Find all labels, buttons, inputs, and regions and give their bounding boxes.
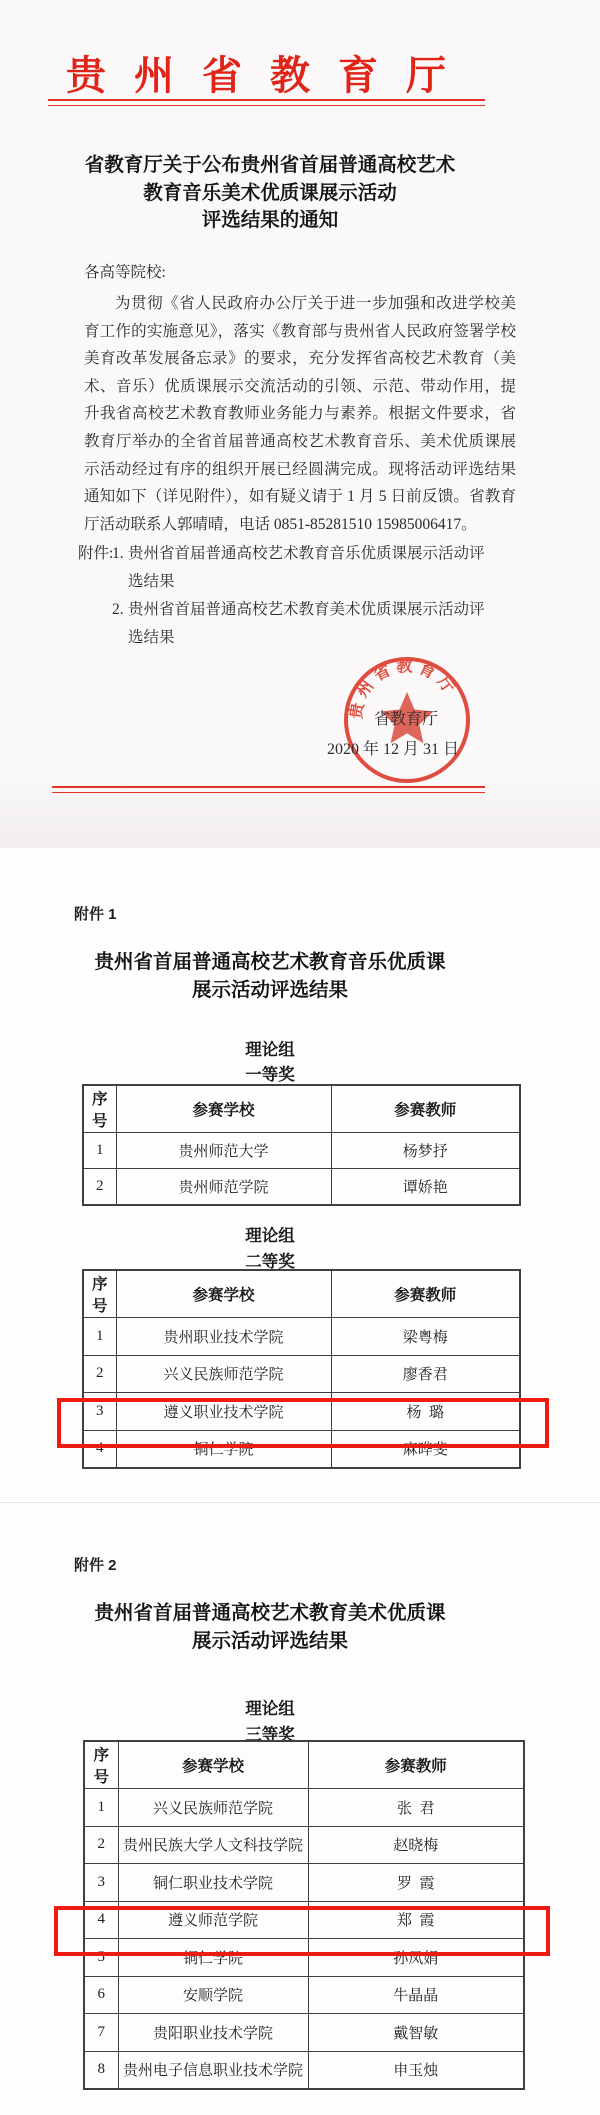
table-cell: 梁粤梅: [331, 1318, 520, 1356]
table-row: 7贵阳职业技术学院戴智敏: [84, 2014, 524, 2052]
table-cell: 2: [83, 1169, 116, 1206]
table-cell: 罗 霞: [308, 1864, 524, 1902]
attachment-title-text: 贵州省首届普通高校艺术教育美术优质课展示活动评选结果: [128, 601, 485, 646]
table-cell: 贵州职业技术学院: [116, 1318, 331, 1356]
table-row: 6安顺学院牛晶晶: [84, 1976, 524, 2014]
table-cell: 张 君: [308, 1789, 524, 1827]
issuing-department: 省教育厅: [374, 706, 438, 729]
table-row: 8贵州电子信息职业技术学院申玉烛: [84, 2051, 524, 2089]
attachment2-page: 附件 2 贵州省首届普通高校艺术教育美术优质课 展示活动评选结果 理论组 三等奖…: [0, 1502, 600, 2115]
issue-date: 2020 年 12 月 31 日: [327, 736, 459, 759]
table-row: 3铜仁职业技术学院罗 霞: [84, 1864, 524, 1902]
table-cell: 贵阳职业技术学院: [118, 2014, 308, 2052]
table-header-row: 序号参赛学校参赛教师: [84, 1741, 524, 1789]
attachment-title-text: 贵州省首届普通高校艺术教育音乐优质课展示活动评选结果: [128, 545, 485, 590]
table-header-row: 序号参赛学校参赛教师: [83, 1270, 520, 1318]
table-cell: 8: [84, 2051, 118, 2089]
column-header: 参赛教师: [331, 1270, 520, 1318]
highlight-box-tongren-art: [54, 1906, 550, 1956]
table-cell: 1: [84, 1789, 118, 1827]
column-header: 序号: [83, 1270, 116, 1318]
table-cell: 2: [83, 1355, 116, 1393]
attachment2-title-line: 贵州省首届普通高校艺术教育美术优质课: [0, 1599, 540, 1627]
table-row: 2兴义民族师范学院廖香君: [83, 1355, 520, 1393]
group-label: 理论组: [0, 1222, 540, 1246]
table-cell: 贵州师范大学: [116, 1133, 331, 1169]
table-cell: 贵州师范学院: [116, 1169, 331, 1206]
column-header: 序号: [84, 1741, 118, 1789]
column-header: 参赛学校: [116, 1085, 331, 1133]
column-header: 参赛教师: [331, 1085, 520, 1133]
attachment1-title-line: 贵州省首届普通高校艺术教育音乐优质课: [0, 948, 540, 976]
table-cell: 贵州电子信息职业技术学院: [118, 2051, 308, 2089]
table-cell: 廖香君: [331, 1355, 520, 1393]
column-header: 参赛学校: [118, 1741, 308, 1789]
attachment1-label: 附件 1: [74, 903, 117, 924]
table-cell: 贵州民族大学人文科技学院: [118, 1826, 308, 1864]
highlight-box-tongren-music: [57, 1398, 549, 1448]
table-cell: 铜仁职业技术学院: [118, 1864, 308, 1902]
table-cell: 1: [83, 1318, 116, 1356]
table-cell: 牛晶晶: [308, 1976, 524, 2014]
table-cell: 3: [84, 1864, 118, 1902]
table-cell: 兴义民族师范学院: [118, 1789, 308, 1827]
table-cell: 杨梦抒: [331, 1133, 520, 1169]
table-row: 2贵州师范学院谭娇艳: [83, 1169, 520, 1206]
attachment-list: 附件: 1. 贵州省首届普通高校艺术教育音乐优质课展示活动评选结果 2. 贵州省…: [78, 540, 498, 652]
document-title-line: 教育音乐美术优质课展示活动: [0, 180, 540, 208]
attachment-list-item: 2. 贵州省首届普通高校艺术教育美术优质课展示活动评选结果: [78, 596, 498, 652]
table-cell: 申玉烛: [308, 2051, 524, 2089]
salutation: 各高等院校:: [84, 260, 166, 282]
table-cell: 谭娇艳: [331, 1169, 520, 1206]
table-cell: 赵晓梅: [308, 1826, 524, 1864]
table-cell: 7: [84, 2014, 118, 2052]
attachment1-title-line: 展示活动评选结果: [0, 976, 540, 1004]
column-header: 序号: [83, 1085, 116, 1133]
table-row: 2贵州民族大学人文科技学院赵晓梅: [84, 1826, 524, 1864]
award-label: 一等奖: [0, 1061, 540, 1085]
table-header-row: 序号参赛学校参赛教师: [83, 1085, 520, 1133]
column-header: 参赛教师: [308, 1741, 524, 1789]
scanned-document: 贵州省教育厅 省教育厅关于公布贵州省首届普通高校艺术 教育音乐美术优质课展示活动…: [0, 0, 600, 2115]
attachment-number: 1.: [112, 540, 124, 568]
table-cell: 安顺学院: [118, 1976, 308, 2014]
table-row: 1兴义民族师范学院张 君: [84, 1789, 524, 1827]
red-rule-top: [48, 99, 485, 106]
attachment1-title: 贵州省首届普通高校艺术教育音乐优质课 展示活动评选结果: [0, 948, 540, 1004]
table-cell: 1: [83, 1133, 116, 1169]
group-label: 理论组: [0, 1695, 540, 1719]
notice-page: 贵州省教育厅 省教育厅关于公布贵州省首届普通高校艺术 教育音乐美术优质课展示活动…: [0, 0, 600, 848]
notice-body-paragraph: 为贯彻《省人民政府办公厅关于进一步加强和改进学校美育工作的实施意见》，落实《教育…: [84, 290, 516, 538]
attachment-list-item: 附件: 1. 贵州省首届普通高校艺术教育音乐优质课展示活动评选结果: [78, 540, 498, 596]
document-title: 省教育厅关于公布贵州省首届普通高校艺术 教育音乐美术优质课展示活动 评选结果的通…: [0, 152, 540, 235]
table-cell: 戴智敏: [308, 2014, 524, 2052]
attachment2-title: 贵州省首届普通高校艺术教育美术优质课 展示活动评选结果: [0, 1599, 540, 1655]
agency-letterhead: 贵州省教育厅: [0, 44, 540, 101]
attachment2-title-line: 展示活动评选结果: [0, 1627, 540, 1655]
column-header: 参赛学校: [116, 1270, 331, 1318]
attachments-label: 附件:: [78, 540, 113, 568]
table-row: 1贵州职业技术学院梁粤梅: [83, 1318, 520, 1356]
table-row: 1贵州师范大学杨梦抒: [83, 1133, 520, 1169]
table-cell: 兴义民族师范学院: [116, 1355, 331, 1393]
document-title-line: 评选结果的通知: [0, 207, 540, 235]
results-table-music-first-prize: 序号参赛学校参赛教师1贵州师范大学杨梦抒2贵州师范学院谭娇艳: [82, 1084, 521, 1206]
table-cell: 2: [84, 1826, 118, 1864]
attachment2-label: 附件 2: [74, 1554, 117, 1575]
document-title-line: 省教育厅关于公布贵州省首届普通高校艺术: [0, 152, 540, 180]
attachment-number: 2.: [112, 596, 124, 624]
group-label: 理论组: [0, 1036, 540, 1060]
table-cell: 6: [84, 1976, 118, 2014]
